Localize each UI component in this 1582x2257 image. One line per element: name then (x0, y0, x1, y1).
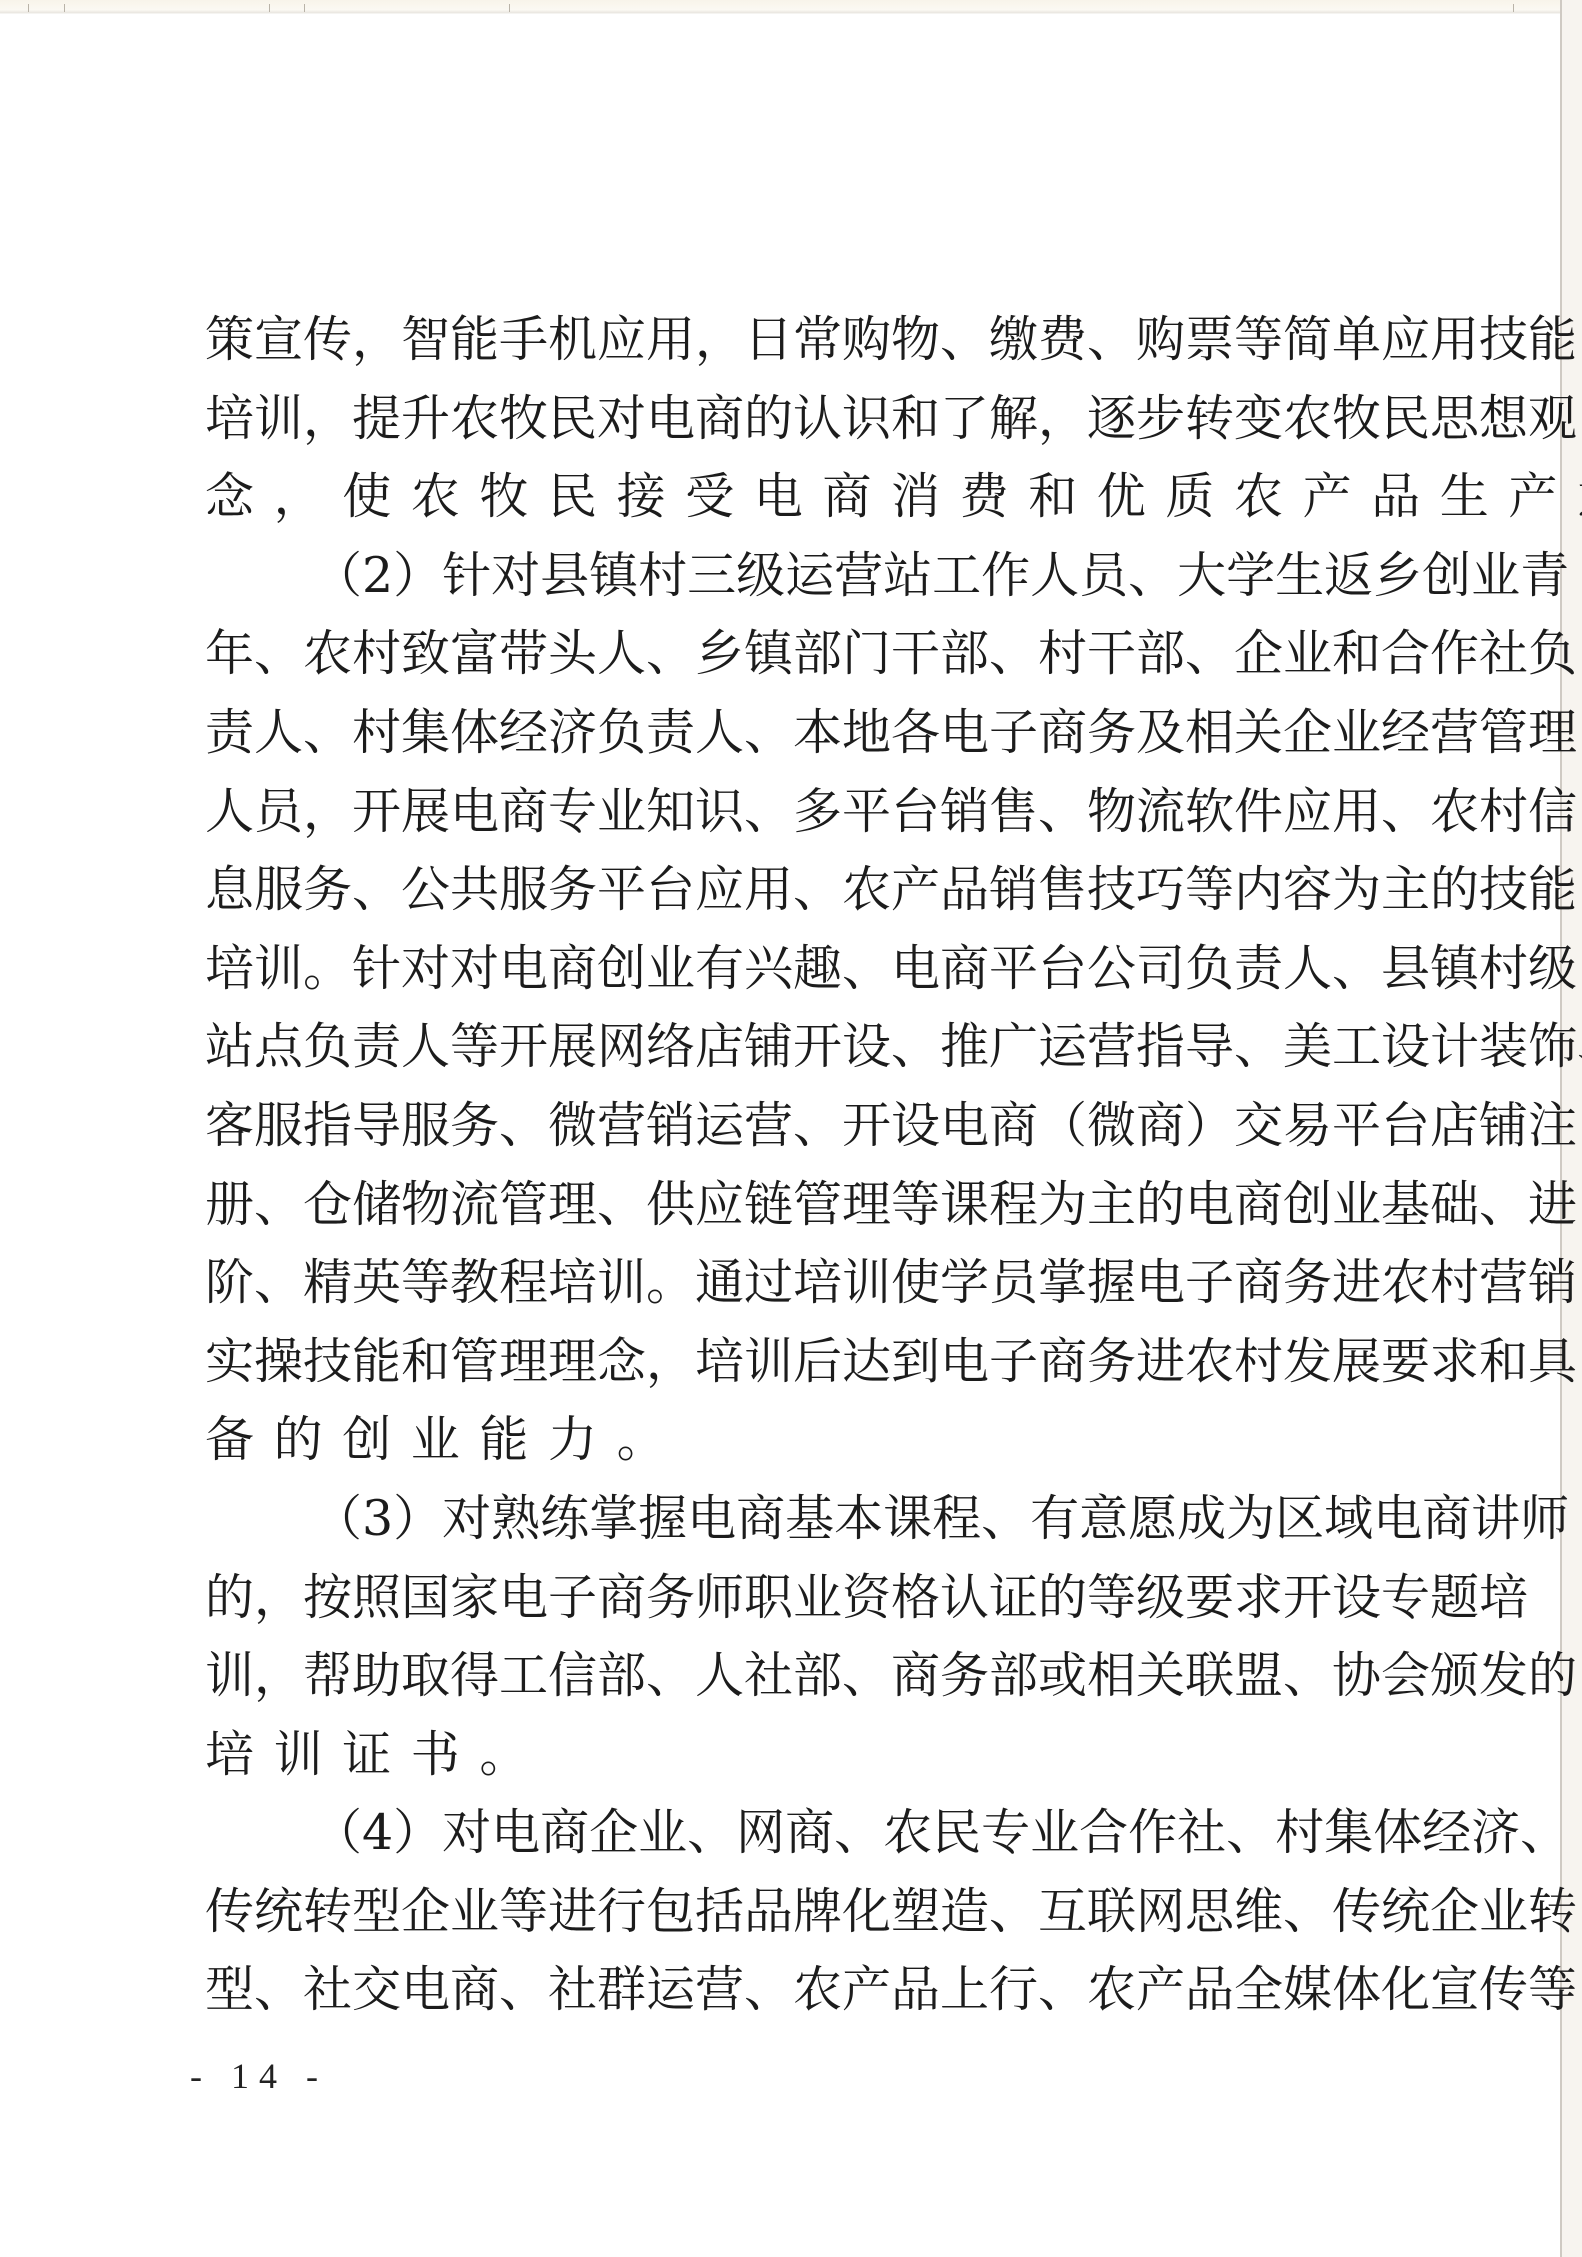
text-line: 客服指导服务、微营销运营、开设电商（微商）交易平台店铺注 (205, 1094, 1375, 1173)
text-line: 念，使农牧民接受电商消费和优质农产品生产意识。 (205, 465, 1375, 544)
text-line: 站点负责人等开展网络店铺开设、推广运营指导、美工设计装饰、 (205, 1015, 1375, 1094)
text-line: （3）对熟练掌握电商基本课程、有意愿成为区域电商讲师 (205, 1487, 1375, 1566)
scan-tick-mark (269, 4, 270, 12)
scan-tick-mark (28, 4, 29, 12)
scan-tick-mark (509, 4, 510, 12)
text-line: 备的创业能力。 (205, 1408, 1375, 1487)
paragraph-4: （4）对电商企业、网商、农民专业合作社、村集体经济、 传统转型企业等进行包括品牌… (205, 1801, 1375, 2037)
text-line: 培训。针对对电商创业有兴趣、电商平台公司负责人、县镇村级 (205, 937, 1375, 1016)
paragraph-3: （3）对熟练掌握电商基本课程、有意愿成为区域电商讲师 的，按照国家电子商务师职业… (205, 1487, 1375, 1801)
scan-top-edge (0, 0, 1562, 14)
text-line: 册、仓储物流管理、供应链管理等课程为主的电商创业基础、进 (205, 1173, 1375, 1252)
scan-tick-mark (64, 4, 65, 12)
text-line: 的，按照国家电子商务师职业资格认证的等级要求开设专题培 (205, 1566, 1375, 1645)
scan-tick-mark (1513, 4, 1514, 12)
document-body: 策宣传，智能手机应用，日常购物、缴费、购票等简单应用技能 培训，提升农牧民对电商… (205, 308, 1375, 2037)
text-line: 人员，开展电商专业知识、多平台销售、物流软件应用、农村信 (205, 780, 1375, 859)
text-line: 息服务、公共服务平台应用、农产品销售技巧等内容为主的技能 (205, 858, 1375, 937)
text-line: 责人、村集体经济负责人、本地各电子商务及相关企业经营管理 (205, 701, 1375, 780)
text-line: 实操技能和管理理念，培训后达到电子商务进农村发展要求和具 (205, 1330, 1375, 1409)
text-line: 策宣传，智能手机应用，日常购物、缴费、购票等简单应用技能 (205, 308, 1375, 387)
paragraph-1: 策宣传，智能手机应用，日常购物、缴费、购票等简单应用技能 培训，提升农牧民对电商… (205, 308, 1375, 544)
page-number: - 14 - (190, 2055, 328, 2097)
text-line: 培训证书。 (205, 1723, 1375, 1802)
text-line: 阶、精英等教程培训。通过培训使学员掌握电子商务进农村营销 (205, 1251, 1375, 1330)
text-line: 培训，提升农牧民对电商的认识和了解，逐步转变农牧民思想观 (205, 387, 1375, 466)
text-line: （4）对电商企业、网商、农民专业合作社、村集体经济、 (205, 1801, 1375, 1880)
text-line: （2）针对县镇村三级运营站工作人员、大学生返乡创业青 (205, 544, 1375, 623)
paragraph-2: （2）针对县镇村三级运营站工作人员、大学生返乡创业青 年、农村致富带头人、乡镇部… (205, 544, 1375, 1487)
text-line: 传统转型企业等进行包括品牌化塑造、互联网思维、传统企业转 (205, 1880, 1375, 1959)
text-line: 训，帮助取得工信部、人社部、商务部或相关联盟、协会颁发的 (205, 1644, 1375, 1723)
text-line: 型、社交电商、社群运营、农产品上行、农产品全媒体化宣传等 (205, 1958, 1375, 2037)
scan-tick-mark (304, 4, 305, 12)
text-line: 年、农村致富带头人、乡镇部门干部、村干部、企业和合作社负 (205, 622, 1375, 701)
